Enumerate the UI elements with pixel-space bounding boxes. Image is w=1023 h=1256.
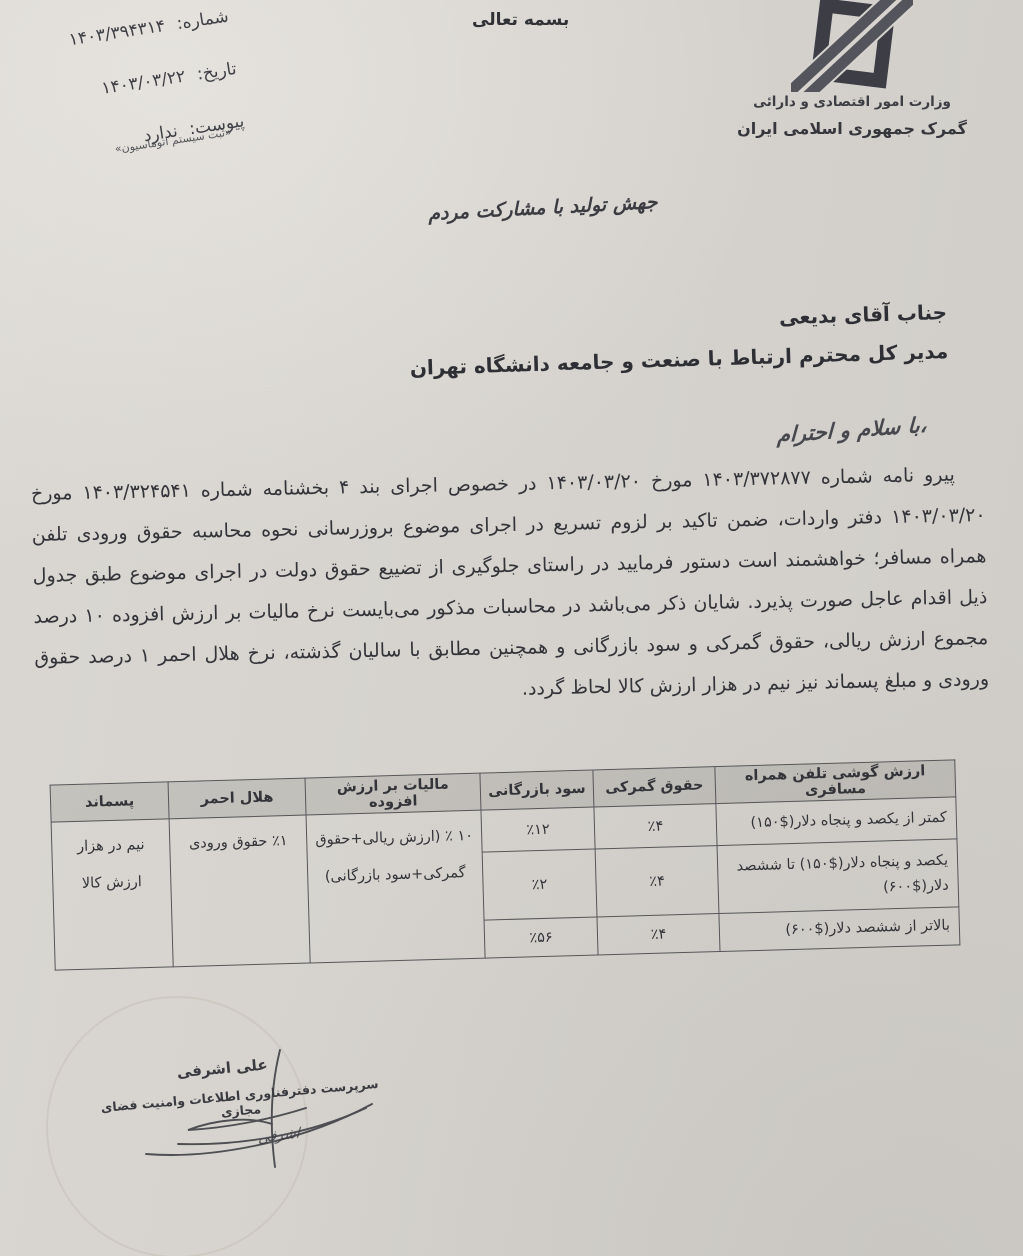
letter-date-row: تاریخ: ۱۴۰۳/۰۳/۲۲	[0, 59, 238, 115]
vat-merged-cell: ۱۰ ٪ (ارزش ریالی+حقوق گمرکی+سود بازرگانی…	[306, 810, 485, 963]
ministry-name: وزارت امور اقتصادی و دارائی	[717, 94, 987, 110]
year-slogan: جهش تولید با مشارکت مردم	[428, 191, 658, 225]
number-value: ۱۴۰۳/۳۹۴۳۱۴	[68, 16, 167, 50]
customs-duty-cell: ٪۴	[597, 914, 720, 955]
faint-stamp-watermark	[46, 996, 308, 1256]
bismillah-heading: بسمه تعالی	[472, 10, 569, 30]
number-label: شماره:	[175, 7, 229, 34]
header-vat: مالیات بر ارزش افزوده	[305, 773, 481, 815]
header-red-crescent: هلال احمر	[168, 778, 306, 819]
commercial-profit-cell: ٪۱۲	[481, 807, 595, 852]
customs-logo-icon	[791, 0, 913, 92]
recipient-block: جناب آقای بدیعی مدیر کل محترم ارتباط با …	[409, 300, 949, 380]
red-crescent-merged-cell: ٪۱ حقوق ورودی	[169, 815, 310, 967]
commercial-profit-cell: ٪۵۶	[484, 917, 598, 958]
scanned-letter-page: بسمه تعالی وزارت امور اقتصادی و دارائی گ…	[0, 0, 1023, 1256]
customs-duty-cell: ٪۴	[594, 804, 717, 849]
letter-meta-block: شماره: ۱۴۰۳/۳۹۴۳۱۴ تاریخ: ۱۴۰۳/۰۳/۲۲ پیو…	[0, 7, 246, 173]
phone-value-cell: بالاتر از ششصد دلار($۶۰۰)	[719, 907, 960, 952]
commercial-profit-cell: ٪۲	[482, 849, 597, 920]
header-waste: پسماند	[50, 782, 169, 822]
organization-name: گمرک جمهوری اسلامی ایران	[717, 119, 987, 138]
customs-duty-cell: ٪۴	[595, 846, 719, 917]
letterhead: وزارت امور اقتصادی و دارائی گمرک جمهوری …	[717, 0, 987, 138]
date-label: تاریخ:	[196, 59, 238, 85]
waste-merged-cell: نیم در هزار ارزش کالا	[51, 819, 173, 970]
header-customs-duty: حقوق گمرکی	[593, 767, 716, 807]
letter-number-row: شماره: ۱۴۰۳/۳۹۴۳۱۴	[0, 7, 230, 63]
phone-value-cell: یکصد و پنجاه دلار($۱۵۰) تا ششصد دلار($۶۰…	[717, 839, 959, 914]
header-commercial-profit: سود بازرگانی	[480, 770, 594, 810]
letter-body-paragraph: پیرو نامه شماره ۱۴۰۳/۳۷۲۸۷۷ مورخ ۱۴۰۳/۰۳…	[31, 454, 990, 720]
tariff-table: ارزش گوشی تلفن همراه مسافری حقوق گمرکی س…	[50, 759, 961, 970]
phone-value-cell: کمتر از یکصد و پنجاه دلار($۱۵۰)	[716, 797, 957, 846]
recipient-name: جناب آقای بدیعی	[409, 300, 948, 341]
date-value: ۱۴۰۳/۰۳/۲۲	[100, 67, 187, 99]
recipient-title: مدیر کل محترم ارتباط با صنعت و جامعه دان…	[410, 339, 949, 380]
handwritten-salutation: با سلام و احترام،	[777, 413, 927, 448]
